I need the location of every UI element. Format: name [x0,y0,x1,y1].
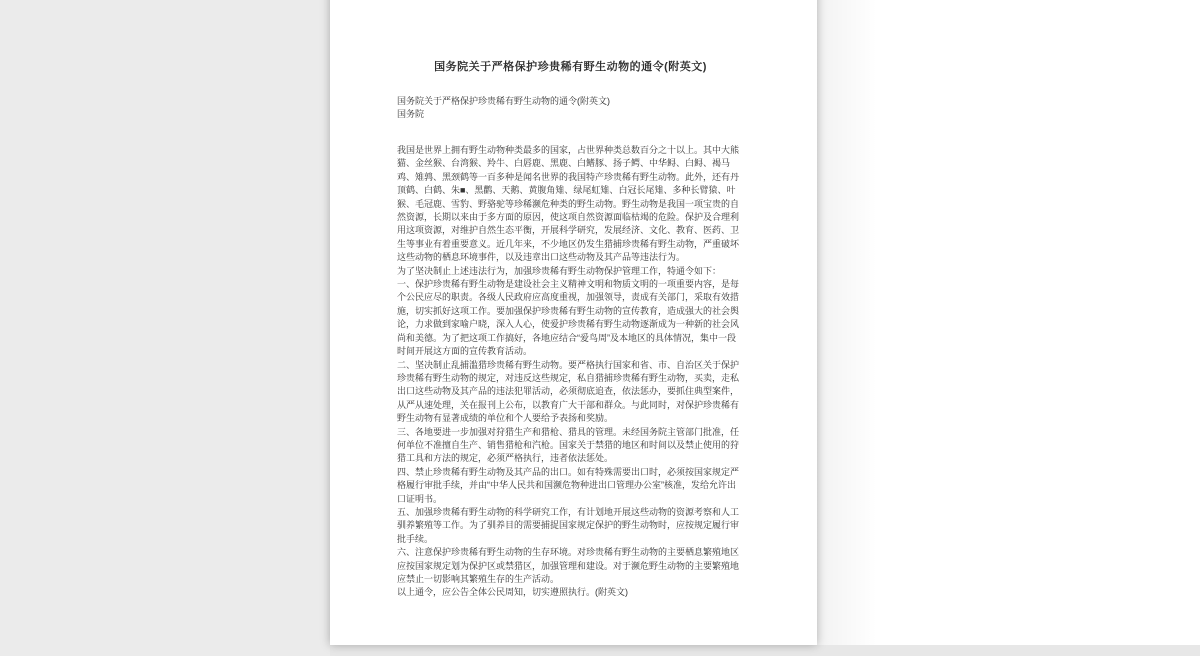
page-right-edge-shadow [817,0,877,645]
paragraph-item-5: 五、加强珍贵稀有野生动物的科学研究工作，有计划地开展这些动物的资源考察和人工驯养… [397,506,744,546]
document-title: 国务院关于严格保护珍贵稀有野生动物的通令(附英文) [397,58,744,74]
paragraph-item-2: 二、坚决制止乱捕滥猎珍贵稀有野生动物。要严格执行国家和省、市、自治区关于保护珍贵… [397,359,744,426]
paragraph-item-1: 一、保护珍贵稀有野生动物是建设社会主义精神文明和物质文明的一项重要内容，是每个公… [397,278,744,358]
paragraph-item-6: 六、注意保护珍贵稀有野生动物的生存环境。对珍贵稀有野生动物的主要栖息繁殖地区应按… [397,546,744,586]
document-subtitle: 国务院关于严格保护珍贵稀有野生动物的通令(附英文) [397,95,744,108]
document-body: 我国是世界上拥有野生动物种类最多的国家，占世界种类总数百分之十以上。其中大熊猫、… [397,144,744,600]
paragraph-preamble: 为了坚决制止上述违法行为，加强珍贵稀有野生动物保护管理工作，特通令如下： [397,265,744,278]
paragraph-closing: 以上通令，应公告全体公民周知，切实遵照执行。(附英文) [397,586,744,599]
viewer-left-margin [0,0,330,656]
document-page: 国务院关于严格保护珍贵稀有野生动物的通令(附英文) 国务院关于严格保护珍贵稀有野… [330,0,817,645]
document-viewer: 国务院关于严格保护珍贵稀有野生动物的通令(附英文) 国务院关于严格保护珍贵稀有野… [0,0,1200,656]
document-content: 国务院关于严格保护珍贵稀有野生动物的通令(附英文) 国务院关于严格保护珍贵稀有野… [397,58,744,600]
paragraph-item-4: 四、禁止珍贵稀有野生动物及其产品的出口。如有特殊需要出口时，必须按国家规定严格履… [397,466,744,506]
paragraph-item-3: 三、各地要进一步加强对狩猎生产和猎枪、猎具的管理。未经国务院主管部门批准，任何单… [397,426,744,466]
paragraph-intro: 我国是世界上拥有野生动物种类最多的国家，占世界种类总数百分之十以上。其中大熊猫、… [397,144,744,265]
document-issuer: 国务院 [397,108,744,121]
viewer-bottom-margin [330,645,1200,656]
